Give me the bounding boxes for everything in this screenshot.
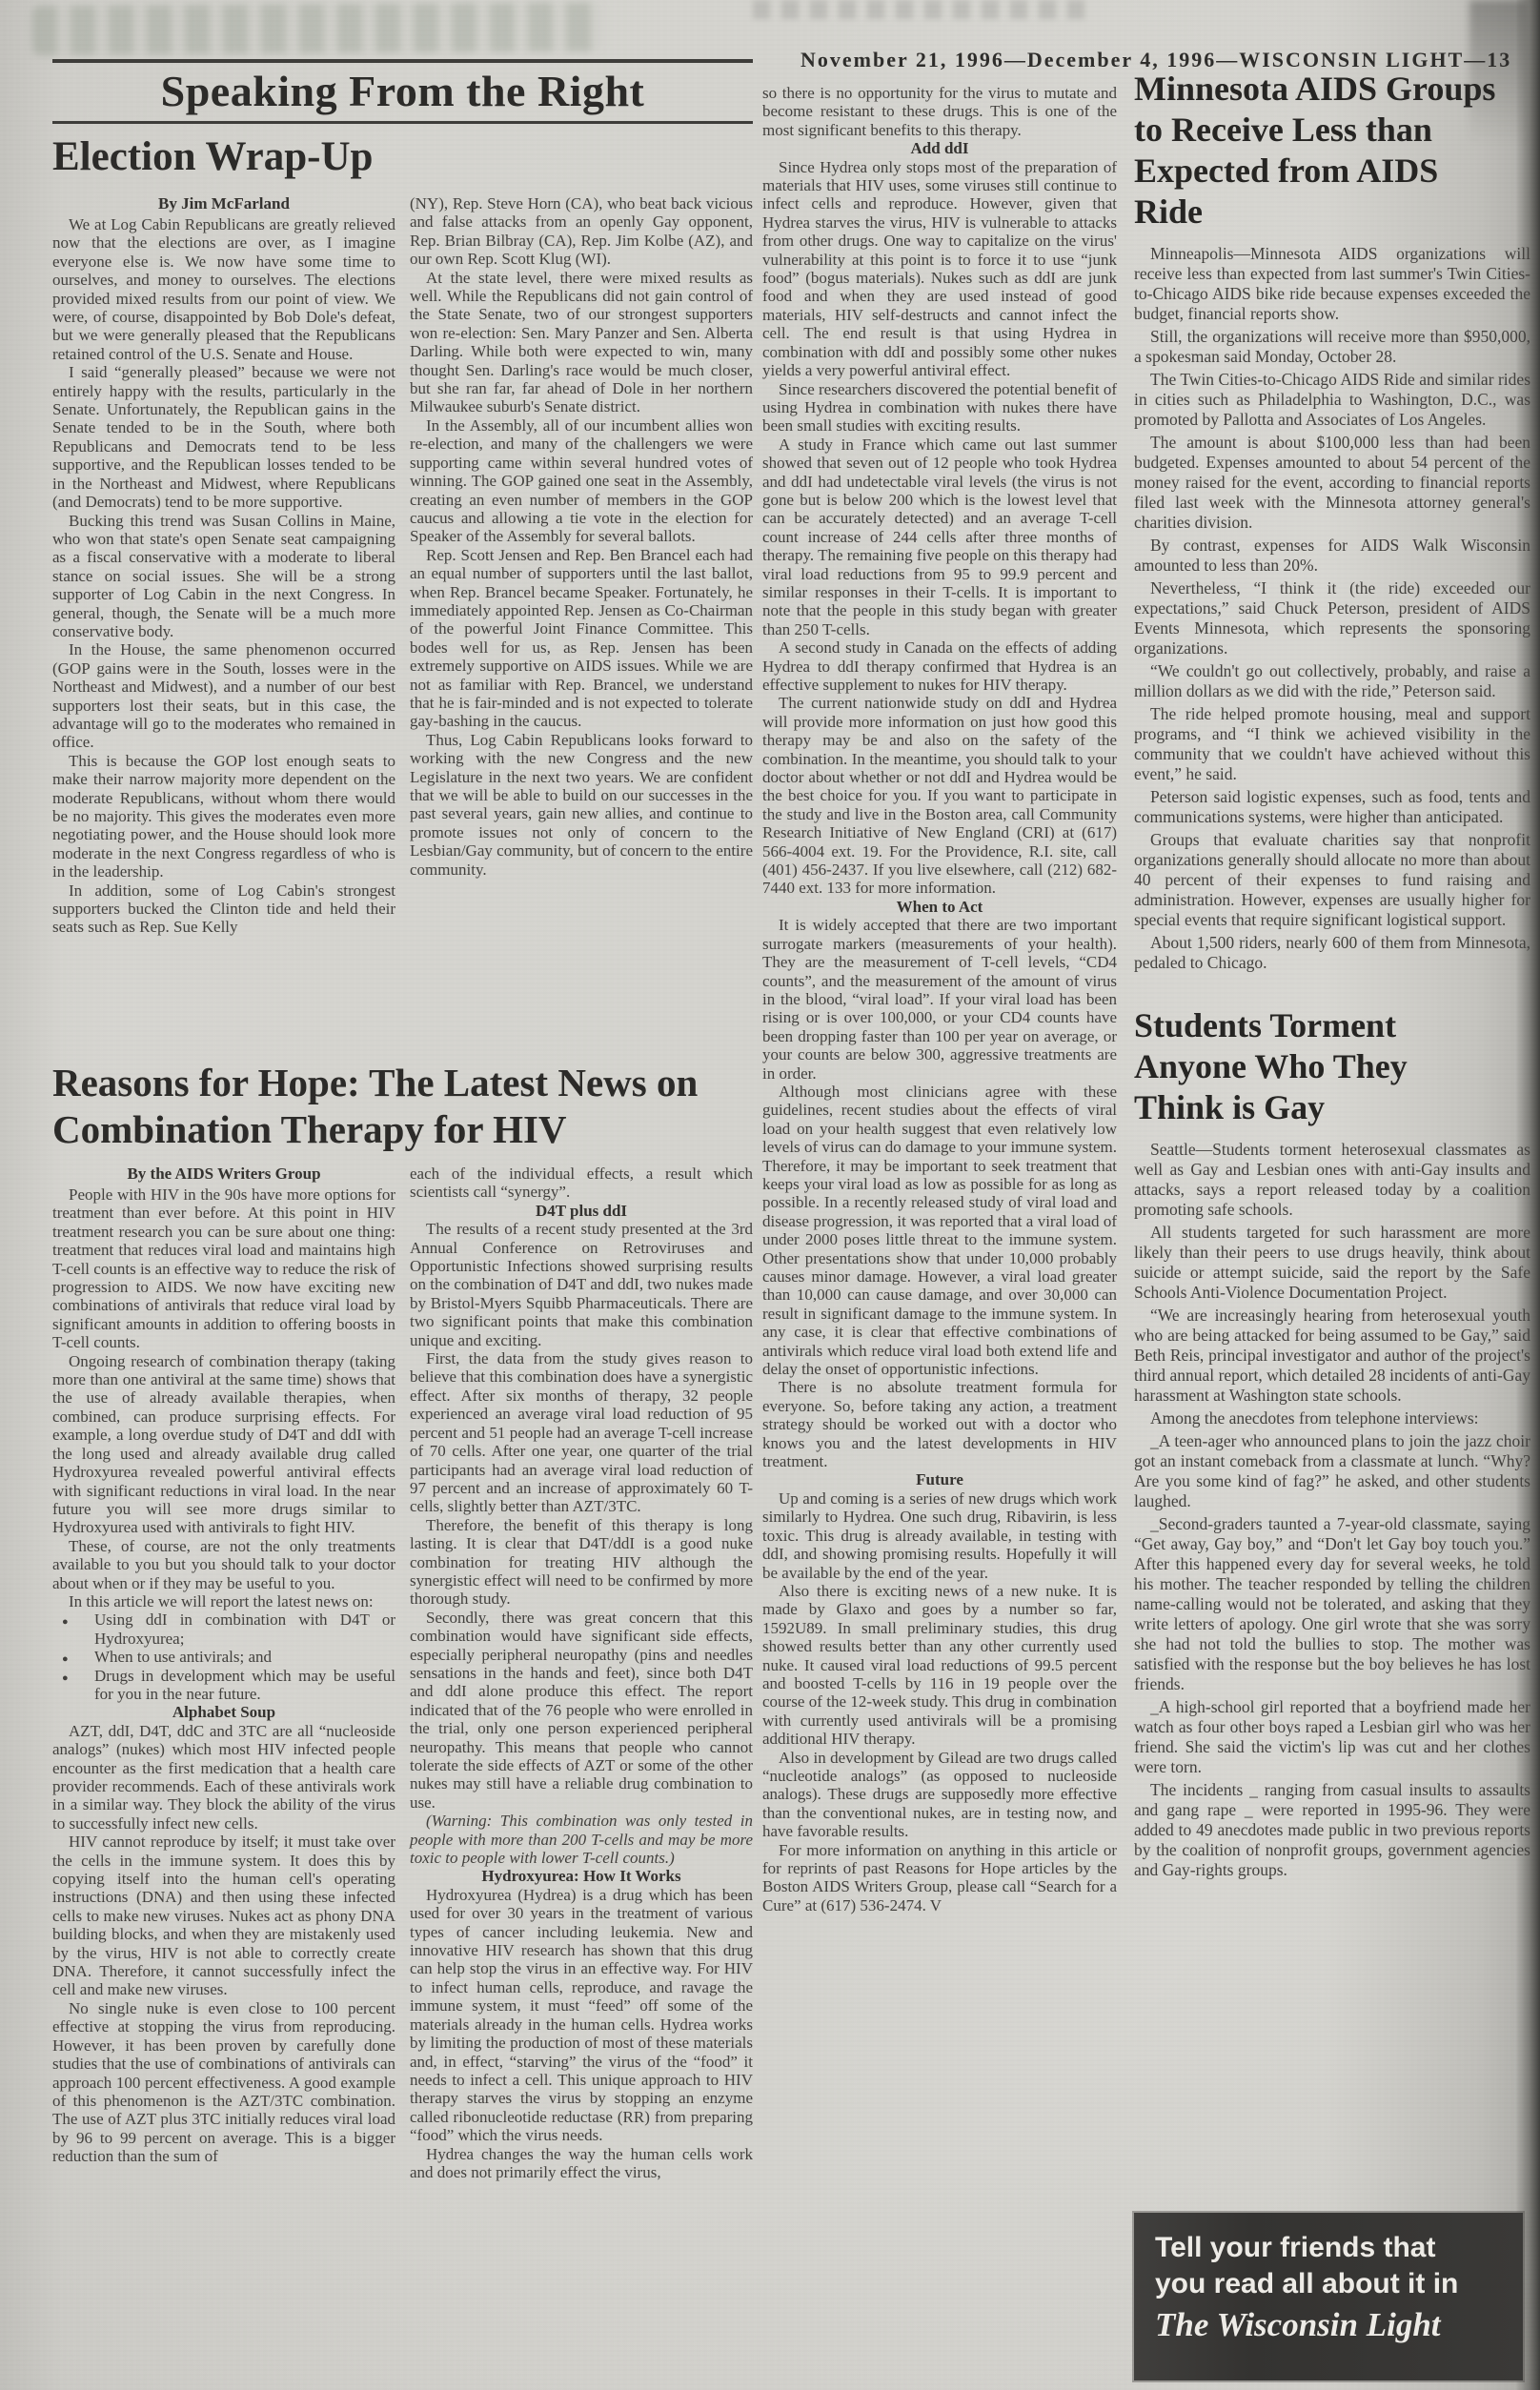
paragraph: Groups that evaluate charities say that … [1134,830,1530,930]
ink-bleed-ghost [32,2,604,55]
article-speaking-from-the-right: Speaking From the Right Election Wrap-Up… [52,59,753,937]
paragraph: By contrast, expenses for AIDS Walk Wisc… [1134,536,1530,576]
column-title: Speaking From the Right [52,66,753,117]
paragraph: A second study in Canada on the effects … [762,638,1117,694]
paragraph: so there is no opportunity for the virus… [762,84,1117,139]
paragraph: The current nationwide study on ddI and … [762,694,1117,897]
paragraph: People with HIV in the 90s have more opt… [52,1185,395,1352]
article-text: Seattle—Students torment heterosexual cl… [1134,1140,1530,1880]
paragraph: The amount is about $100,000 less than h… [1134,433,1530,533]
section-subhead: Hydroxyurea: How It Works [410,1867,753,1885]
ink-bleed-ghost [753,0,1096,19]
promo-paper-name: The Wisconsin Light [1155,2304,1504,2346]
paragraph: The ride helped promote housing, meal an… [1134,704,1530,784]
paragraph: Therefore, the benefit of this therapy i… [410,1516,753,1609]
article-headline-line2: Combination Therapy for HIV [52,1106,753,1153]
bullet-item: Using ddI in combination with D4T or Hyd… [52,1610,395,1648]
paragraph: Still, the organizations will receive mo… [1134,327,1530,367]
bullet-item: Drugs in development which may be useful… [52,1667,395,1704]
paragraph: Bucking this trend was Susan Collins in … [52,512,395,641]
paragraph: “We are increasingly hearing from hetero… [1134,1306,1530,1406]
article-column-1: By Jim McFarland We at Log Cabin Republi… [52,194,395,937]
byline: By Jim McFarland [52,194,395,213]
paragraph: Peterson said logistic expenses, such as… [1134,787,1530,827]
paragraph: Among the anecdotes from telephone inter… [1134,1408,1530,1428]
paragraph: A study in France which came out last su… [762,435,1117,638]
paragraph: each of the individual effects, a result… [410,1165,753,1202]
section-subhead: D4T plus ddI [410,1202,753,1220]
article-text: (NY), Rep. Steve Horn (CA), who beat bac… [410,194,753,879]
paragraph: At the state level, there were mixed res… [410,269,753,416]
italic-note: (Warning: This combination was only test… [410,1812,753,1867]
paragraph: Although most clinicians agree with thes… [762,1083,1117,1379]
paragraph: Up and coming is a series of new drugs w… [762,1489,1117,1582]
paragraph: Rep. Scott Jensen and Rep. Ben Brancel e… [410,546,753,731]
article-column-2: (NY), Rep. Steve Horn (CA), who beat bac… [410,194,753,937]
paragraph: Hydrea changes the way the human cells w… [410,2145,753,2182]
paragraph: The incidents _ ranging from casual insu… [1134,1780,1530,1880]
newspaper-page: November 21, 1996—December 4, 1996—WISCO… [0,0,1540,2390]
paragraph: All students targeted for such harassmen… [1134,1223,1530,1303]
article-headline: Election Wrap-Up [52,133,753,181]
paragraph: _A teen-ager who announced plans to join… [1134,1431,1530,1511]
paragraph: Hydroxyurea (Hydrea) is a drug which has… [410,1886,753,2145]
paragraph: Also in development by Gilead are two dr… [762,1749,1117,1841]
paragraph: Nevertheless, “I think it (the ride) exc… [1134,578,1530,658]
article-column-1: By the AIDS Writers Group People with HI… [52,1165,395,2181]
article-column-2: each of the individual effects, a result… [410,1165,753,2181]
paragraph: “We couldn't go out collectively, probab… [1134,661,1530,701]
article-text: Minneapolis—Minnesota AIDS organizations… [1134,244,1530,973]
paragraph: Minneapolis—Minnesota AIDS organizations… [1134,244,1530,324]
paragraph: There is no absolute treatment formula f… [762,1378,1117,1470]
article-columns: By the AIDS Writers Group People with HI… [52,1165,753,2181]
paragraph: The results of a recent study presented … [410,1220,753,1349]
paragraph: For more information on anything in this… [762,1841,1117,1915]
paragraph: I said “generally pleased” because we we… [52,363,395,511]
article-text: so there is no opportunity for the virus… [762,84,1117,1914]
article-text: each of the individual effects, a result… [410,1165,753,2181]
article-reasons-for-hope: Reasons for Hope: The Latest News on Com… [52,1060,753,2181]
promo-box: Tell your friends that you read all abou… [1134,2213,1523,2380]
paragraph: Ongoing research of combination therapy … [52,1352,395,1537]
paragraph: No single nuke is even close to 100 perc… [52,1999,395,2166]
byline: By the AIDS Writers Group [52,1165,395,1184]
paragraph: This is because the GOP lost enough seat… [52,752,395,881]
paragraph: Thus, Log Cabin Republicans looks forwar… [410,731,753,879]
article-headline-line1: Reasons for Hope: The Latest News on [52,1060,753,1106]
paragraph: In the House, the same phenomenon occurr… [52,640,395,751]
article-text: People with HIV in the 90s have more opt… [52,1185,395,2166]
promo-text-line: you read all about it in [1155,2266,1504,2302]
paragraph: It is widely accepted that there are two… [762,916,1117,1083]
article-text: We at Log Cabin Republicans are greatly … [52,215,395,937]
promo-text-line: Tell your friends that [1155,2230,1504,2266]
paragraph: About 1,500 riders, nearly 600 of them f… [1134,933,1530,973]
paragraph: AZT, ddI, D4T, ddC and 3TC are all “nucl… [52,1722,395,1833]
paragraph: First, the data from the study gives rea… [410,1349,753,1516]
paragraph: _Second-graders taunted a 7-year-old cla… [1134,1514,1530,1694]
paragraph: The Twin Cities-to-Chicago AIDS Ride and… [1134,370,1530,430]
headline-rule-top [52,59,753,63]
section-subhead: Add ddI [762,139,1117,157]
paragraph: We at Log Cabin Republicans are greatly … [52,215,395,363]
section-subhead: Future [762,1470,1117,1489]
paragraph: Also there is exciting news of a new nuk… [762,1582,1117,1749]
article-headline-students: Students Torment Anyone Who They Think i… [1134,1005,1502,1128]
article-continuation-column: so there is no opportunity for the virus… [762,84,1117,1914]
paragraph: Since Hydrea only stops most of the prep… [762,158,1117,380]
paragraph: _A high-school girl reported that a boyf… [1134,1697,1530,1777]
section-subhead: When to Act [762,898,1117,916]
article-columns: By Jim McFarland We at Log Cabin Republi… [52,194,753,937]
bullet-item: When to use antivirals; and [52,1648,395,1666]
paragraph: In the Assembly, all of our incumbent al… [410,416,753,546]
paragraph: Since researchers discovered the potenti… [762,380,1117,435]
section-subhead: Alphabet Soup [52,1703,395,1721]
paragraph: These, of course, are not the only treat… [52,1537,395,1592]
paragraph: In addition, some of Log Cabin's stronge… [52,881,395,937]
paragraph: In this article we will report the lates… [52,1592,395,1610]
headline-rule-bottom [52,121,753,124]
paragraph: HIV cannot reproduce by itself; it must … [52,1833,395,1999]
paragraph: Secondly, there was great concern that t… [410,1609,753,1812]
paragraph: (NY), Rep. Steve Horn (CA), who beat bac… [410,194,753,269]
paragraph: Seattle—Students torment heterosexual cl… [1134,1140,1530,1220]
right-news-column: Minnesota AIDS Groups to Receive Less th… [1134,69,1530,2384]
article-headline-minnesota: Minnesota AIDS Groups to Receive Less th… [1134,69,1502,233]
